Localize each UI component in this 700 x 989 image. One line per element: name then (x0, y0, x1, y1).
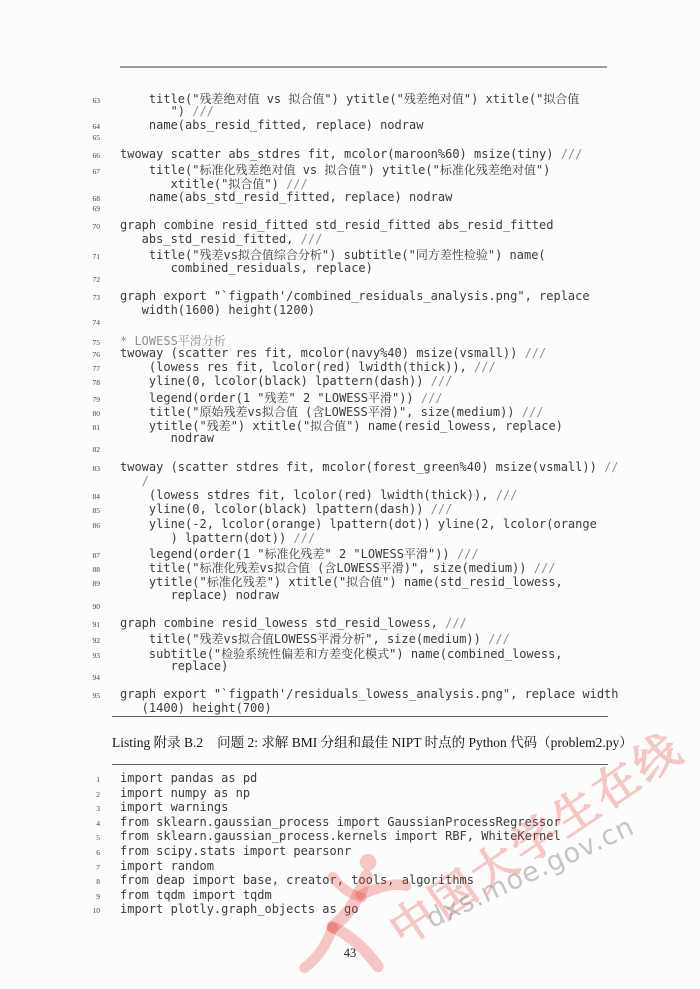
code-line: 9from tqdm import tqdm (0, 888, 700, 903)
code-text: ) lpattern(dot)) /// (120, 531, 315, 545)
code-line: 72 (0, 275, 700, 289)
code-line: 86 yline(-2, lcolor(orange) lpattern(dot… (0, 517, 700, 531)
code-text: yline(0, lcolor(black) lpattern(dash)) /… (120, 374, 452, 388)
code-line: 95graph export "`figpath'/residuals_lowe… (0, 687, 700, 701)
code-line: 10import plotly.graph_objects as go (0, 902, 700, 917)
paper-page: 63 title("残差绝对值 vs 拟合值") ytitle("残差绝对值")… (0, 0, 700, 989)
code-text: abs_std_resid_fitted, /// (120, 232, 322, 246)
code-line: 64 name(abs_resid_fitted, replace) nodra… (0, 118, 700, 132)
line-number: 86 (0, 521, 100, 530)
python-code-listing: 1import pandas as pd2import numpy as np3… (0, 771, 700, 917)
code-line: 63 title("残差绝对值 vs 拟合值") ytitle("残差绝对值")… (0, 90, 700, 104)
line-number: 93 (0, 651, 100, 660)
code-text: import random (120, 859, 214, 873)
line-number: 84 (0, 492, 100, 501)
code-line: 6from scipy.stats import pearsonr (0, 844, 700, 859)
code-line: 70graph combine resid_fitted std_resid_f… (0, 218, 700, 232)
code-text: twoway (scatter res fit, mcolor(navy%40)… (120, 346, 546, 360)
code-line: 69 (0, 204, 700, 218)
code-line: 87 legend(order(1 "标准化残差" 2 "LOWESS平滑"))… (0, 545, 700, 559)
code-text: replace) (120, 659, 228, 673)
code-line: 3import warnings (0, 800, 700, 815)
code-line: 5from sklearn.gaussian_process.kernels i… (0, 829, 700, 844)
code-line: 78 yline(0, lcolor(black) lpattern(dash)… (0, 374, 700, 388)
line-number: 9 (0, 892, 100, 901)
line-number: 63 (0, 96, 100, 105)
comment-token: /// (431, 502, 453, 516)
code-text: import numpy as np (120, 786, 250, 800)
code-text: (lowess res fit, lcolor(red) lwidth(thic… (120, 360, 496, 374)
line-number: 79 (0, 395, 100, 404)
code-text: import plotly.graph_objects as go (120, 902, 358, 916)
listing-caption-label: Listing 附录 B.2 (112, 735, 203, 750)
code-line: 75* LOWESS平滑分析 (0, 332, 700, 346)
line-number: 94 (0, 673, 100, 682)
code-text: replace) nodraw (120, 588, 279, 602)
line-number: 89 (0, 579, 100, 588)
code-line: 8from deap import base, creator, tools, … (0, 873, 700, 888)
code-line: 73graph export "`figpath'/combined_resid… (0, 289, 700, 303)
code-text: twoway scatter abs_stdres fit, mcolor(ma… (120, 147, 582, 161)
line-number: 92 (0, 636, 100, 645)
code-line: ) lpattern(dot)) /// (0, 531, 700, 545)
line-number: 7 (0, 863, 100, 872)
code-line: 91graph combine resid_lowess std_resid_l… (0, 616, 700, 630)
line-number: 78 (0, 378, 100, 387)
code-line: 80 title("原始残差vs拟合值 (含LOWESS平滑)", size(m… (0, 403, 700, 417)
line-number: 80 (0, 409, 100, 418)
code-text: combined_residuals, replace) (120, 261, 373, 275)
code-text: graph export "`figpath'/combined_residua… (120, 289, 590, 303)
code-text: import warnings (120, 800, 228, 814)
code-line: 67 title("标准化残差绝对值 vs 拟合值") ytitle("标准化残… (0, 161, 700, 175)
code-text: graph combine resid_lowess std_resid_low… (120, 616, 467, 630)
comment-token: / (120, 474, 149, 488)
code-text: yline(-2, lcolor(orange) lpattern(dot)) … (120, 517, 597, 531)
line-number: 87 (0, 551, 100, 560)
code-line: 79 legend(order(1 "残差" 2 "LOWESS平滑")) //… (0, 389, 700, 403)
code-line: 71 title("残差vs拟合值综合分析") subtitle("同方差性检验… (0, 246, 700, 260)
code-line: / (0, 474, 700, 488)
line-number: 69 (0, 204, 100, 213)
comment-token: /// (293, 531, 315, 545)
comment-token: /// (474, 360, 496, 374)
line-number: 71 (0, 252, 100, 261)
line-number: 66 (0, 151, 100, 160)
code-line: 74 (0, 318, 700, 332)
code-text: graph combine resid_fitted std_resid_fit… (120, 218, 553, 232)
code-line: 88 title("标准化残差vs拟合值 (含LOWESS平滑)", size(… (0, 559, 700, 573)
comment-token: /// (561, 147, 583, 161)
line-number: 70 (0, 222, 100, 231)
code-text: ") /// (120, 104, 214, 118)
code-text: (1400) height(700) (120, 701, 272, 715)
line-number: 64 (0, 122, 100, 131)
code-line: 84 (lowess stdres fit, lcolor(red) lwidt… (0, 488, 700, 502)
line-number: 75 (0, 338, 100, 347)
code-line: 77 (lowess res fit, lcolor(red) lwidth(t… (0, 360, 700, 374)
page-header-rule (120, 66, 607, 68)
code-line: 82 (0, 445, 700, 459)
code-line: 2import numpy as np (0, 786, 700, 801)
code-line: 68 name(abs_std_resid_fitted, replace) n… (0, 190, 700, 204)
stata-code-listing: 63 title("残差绝对值 vs 拟合值") ytitle("残差绝对值")… (0, 90, 700, 716)
listing-bottom-rule (112, 716, 608, 717)
comment-token: /// (525, 346, 547, 360)
line-number: 68 (0, 194, 100, 203)
code-text: yline(0, lcolor(black) lpattern(dash)) /… (120, 502, 452, 516)
comment-token: /// (445, 616, 467, 630)
line-number: 2 (0, 790, 100, 799)
line-number: 6 (0, 848, 100, 857)
code-text: name(abs_resid_fitted, replace) nodraw (120, 118, 423, 132)
line-number: 1 (0, 775, 100, 784)
comment-token: /// (301, 232, 323, 246)
code-line: 90 (0, 602, 700, 616)
line-number: 10 (0, 906, 100, 915)
code-text: from tqdm import tqdm (120, 888, 272, 902)
code-line: width(1600) height(1200) (0, 303, 700, 317)
code-line: 83twoway (scatter stdres fit, mcolor(for… (0, 460, 700, 474)
line-number: 72 (0, 275, 100, 284)
code-line: combined_residuals, replace) (0, 261, 700, 275)
code-line: 85 yline(0, lcolor(black) lpattern(dash)… (0, 502, 700, 516)
listing-top-rule (112, 764, 608, 765)
line-number: 8 (0, 877, 100, 886)
code-text: / (120, 474, 149, 488)
comment-token: /// (496, 488, 518, 502)
code-text: nodraw (120, 431, 214, 445)
code-line: 4from sklearn.gaussian_process import Ga… (0, 815, 700, 830)
code-text: from sklearn.gaussian_process.kernels im… (120, 829, 561, 843)
code-text: twoway (scatter stdres fit, mcolor(fores… (120, 460, 619, 474)
code-line: 76twoway (scatter res fit, mcolor(navy%4… (0, 346, 700, 360)
line-number: 82 (0, 445, 100, 454)
code-line: 93 subtitle("检验系统性偏差和方差变化模式") name(combi… (0, 645, 700, 659)
line-number: 4 (0, 819, 100, 828)
code-line: 7import random (0, 859, 700, 874)
code-line: 92 title("残差vs拟合值LOWESS平滑分析", size(mediu… (0, 630, 700, 644)
line-number: 65 (0, 133, 100, 142)
code-text: graph export "`figpath'/residuals_lowess… (120, 687, 619, 701)
code-text: from sklearn.gaussian_process import Gau… (120, 815, 561, 829)
line-number: 3 (0, 804, 100, 813)
code-text: from deap import base, creator, tools, a… (120, 873, 474, 887)
line-number: 5 (0, 833, 100, 842)
line-number: 81 (0, 423, 100, 432)
code-line: 81 ytitle("残差") xtitle("拟合值") name(resid… (0, 417, 700, 431)
code-text: (lowess stdres fit, lcolor(red) lwidth(t… (120, 488, 517, 502)
line-number: 83 (0, 464, 100, 473)
line-number: 67 (0, 167, 100, 176)
code-text: name(abs_std_resid_fitted, replace) nodr… (120, 190, 452, 204)
line-number: 91 (0, 620, 100, 629)
code-line: 65 (0, 133, 700, 147)
line-number: 85 (0, 506, 100, 515)
code-text: width(1600) height(1200) (120, 303, 315, 317)
code-line: (1400) height(700) (0, 701, 700, 715)
page-number: 43 (0, 946, 700, 961)
comment-token: /// (431, 374, 453, 388)
line-number: 88 (0, 565, 100, 574)
code-line: abs_std_resid_fitted, /// (0, 232, 700, 246)
comment-token: /// (192, 104, 214, 118)
line-number: 74 (0, 318, 100, 327)
code-text: from scipy.stats import pearsonr (120, 844, 351, 858)
line-number: 95 (0, 691, 100, 700)
code-line: 94 (0, 673, 700, 687)
listing-caption: Listing 附录 B.2问题 2: 求解 BMI 分组和最佳 NIPT 时点… (112, 731, 608, 751)
line-number: 76 (0, 350, 100, 359)
line-number: 90 (0, 602, 100, 611)
line-number: 77 (0, 364, 100, 373)
listing-caption-title: 问题 2: 求解 BMI 分组和最佳 NIPT 时点的 Python 代码（pr… (217, 735, 633, 750)
code-text: import pandas as pd (120, 771, 257, 785)
line-number: 73 (0, 293, 100, 302)
code-line: 89 ytitle("标准化残差") xtitle("拟合值") name(st… (0, 573, 700, 587)
comment-token: // (604, 460, 618, 474)
code-line: 1import pandas as pd (0, 771, 700, 786)
code-line: 66twoway scatter abs_stdres fit, mcolor(… (0, 147, 700, 161)
